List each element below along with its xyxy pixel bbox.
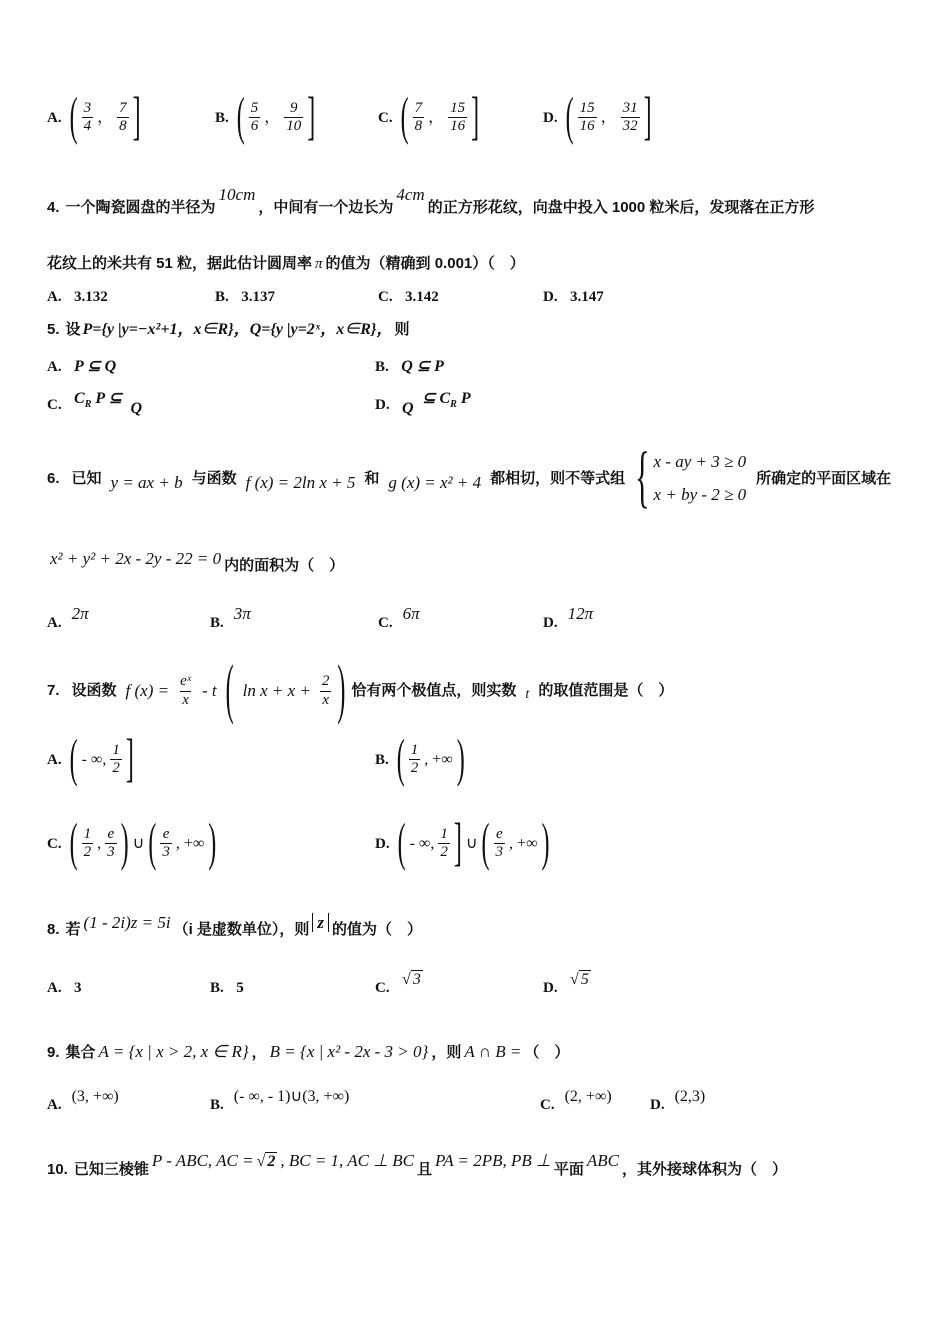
frac-num: 7 xyxy=(117,100,129,117)
union-operator: ∪ xyxy=(466,831,478,857)
q8-options-row: A. 3 B. 5 C. √3 D. √5 xyxy=(0,975,950,1009)
fraction: 12 xyxy=(110,742,122,778)
q4-stem-line1: 4.一个陶瓷圆盘的半径为10cm，中间有一个边长为4cm的正方形花纹，向盘中投入… xyxy=(47,193,927,220)
frac-num: 1 xyxy=(82,826,94,843)
q5-options-row1: A. P ⊆ Q B. Q ⊆ P xyxy=(0,354,950,380)
option-value: ( 12 , +∞ ) xyxy=(397,742,465,778)
option-label: D. xyxy=(543,615,558,631)
q8-option-b: B. 5 xyxy=(210,975,244,1001)
frac-num: 15 xyxy=(578,100,597,117)
q6-option-d: D.12π xyxy=(543,608,596,636)
q7-options-row1: A. ( - ∞, 12 ] B. ( 12 , +∞ ) xyxy=(0,742,950,798)
comma: ， xyxy=(601,105,617,131)
radicand: 5 xyxy=(579,970,591,988)
option-label: A. xyxy=(47,980,62,996)
option-label: B. xyxy=(210,1097,224,1113)
math-fragment: , +∞ xyxy=(509,831,537,857)
option-label: A. xyxy=(47,748,62,772)
text-run: ，其外接球体积为（ ） xyxy=(622,1161,787,1178)
frac-den: 16 xyxy=(578,117,597,135)
math-fragment: , +∞ xyxy=(176,831,204,857)
math-fragment: ⊆ C xyxy=(422,390,450,407)
frac-den: 16 xyxy=(448,117,467,135)
text-run: 平面 xyxy=(554,1161,584,1178)
question-number: 6. xyxy=(47,467,60,491)
math-fragment: PA = 2PB, PB ⊥ xyxy=(435,1151,551,1170)
open-delim: ( xyxy=(237,91,245,144)
q4-option-c: C. 3.142 xyxy=(378,284,439,310)
q5-options-row2: C. CR P ⊆ Q D. Q ⊆ CR P xyxy=(0,392,950,426)
q6-options-row: A.2π B.3π C.6π D.12π xyxy=(0,608,950,640)
open-delim: ( xyxy=(401,91,409,144)
q6-stem-line1: 6. 已知 y = ax + b 与函数 f (x) = 2ln x + 5 和… xyxy=(47,442,891,516)
text-run: 则 xyxy=(394,321,409,338)
frac-den: 3 xyxy=(494,843,506,861)
frac-num: eˣ xyxy=(178,673,193,690)
open-delim: ( xyxy=(70,817,78,870)
fraction: 56 xyxy=(249,100,261,136)
option-label: C. xyxy=(47,397,62,413)
option-value: √5 xyxy=(570,971,591,988)
option-label: C. xyxy=(540,1097,555,1113)
option-value: ( - ∞, 12 ] xyxy=(70,742,134,778)
math-fragment: B = {x | x² - 2x - 3 > 0} xyxy=(270,1042,429,1061)
fraction: 12 xyxy=(82,826,94,862)
interval-value: ( 34 ， 78 ] xyxy=(70,100,141,136)
q3-options-row: A. ( 34 ， 78 ] B. ( 56 ， 910 ] C. ( 7 xyxy=(0,100,950,168)
option-label: C. xyxy=(378,106,393,130)
q7-options-row2: C. ( 12 , e3 ) ∪ ( e3 , +∞ ) D. ( - ∞, 1… xyxy=(0,826,950,886)
open-delim: ( xyxy=(148,817,156,870)
q8-stem: 8.若(1 - 2i)z = 5i（i 是虚数单位），则z的值为（ ） xyxy=(47,915,927,942)
q7-option-c: C. ( 12 , e3 ) ∪ ( e3 , +∞ ) xyxy=(47,826,216,862)
option-value: 3 xyxy=(74,980,82,996)
option-value: (- ∞, - 1)∪(3, +∞) xyxy=(234,1088,350,1105)
radicand: 2 xyxy=(265,1152,277,1170)
math-fragment: P={y |y=−x²+1，x∈R}，Q={y |y=2ˣ，x∈R}， xyxy=(83,321,393,338)
text-run: 且 xyxy=(417,1161,432,1178)
text-run: ，中间有一个边长为 xyxy=(258,199,393,216)
option-value: 3.132 xyxy=(74,289,108,305)
option-value: 3.147 xyxy=(570,289,604,305)
q4-stem-line2: 花纹上的米共有 51 粒，据此估计圆周率π的值为（精确到 0.001）（ ） xyxy=(47,252,927,276)
fraction: 78 xyxy=(413,100,425,136)
option-value: ( - ∞, 12 ] ∪ ( e3 , +∞ ) xyxy=(398,826,550,862)
fraction: 78 xyxy=(117,100,129,136)
close-delim: ] xyxy=(471,91,479,144)
close-delim: ] xyxy=(644,91,652,144)
text-run: 的正方形花纹，向盘中投入 1000 粒米后，发现落在正方形 xyxy=(428,199,815,216)
option-label: B. xyxy=(210,980,224,996)
math-fragment: t xyxy=(525,684,529,706)
q7-option-b: B. ( 12 , +∞ ) xyxy=(375,742,465,778)
union-operator: ∪ xyxy=(133,831,145,857)
math-fragment: g (x) = x² + 4 xyxy=(388,469,481,496)
frac-den: x xyxy=(180,691,191,709)
frac-den: 3 xyxy=(160,843,172,861)
frac-num: e xyxy=(161,826,172,843)
math-fragment: (1 - 2i)z = 5i xyxy=(84,913,171,932)
option-label: B. xyxy=(210,615,224,631)
comma: ， xyxy=(428,105,444,131)
option-value: 3.142 xyxy=(405,289,439,305)
radicand: 3 xyxy=(411,970,423,988)
text-run: 都相切，则不等式组 xyxy=(490,467,625,491)
absolute-value: z xyxy=(312,913,329,932)
interval-value: ( 1516 ， 3132 ] xyxy=(566,100,652,136)
question-number: 8. xyxy=(47,921,60,938)
option-value: √3 xyxy=(402,971,423,988)
fraction: e3 xyxy=(160,826,172,862)
option-value: (3, +∞) xyxy=(72,1088,119,1105)
frac-num: 31 xyxy=(621,100,640,117)
math-fragment: - ∞, xyxy=(410,831,435,857)
q9-option-a: A.(3, +∞) xyxy=(47,1092,119,1118)
frac-num: 1 xyxy=(438,826,450,843)
close-delim: ) xyxy=(121,817,129,870)
frac-den: 2 xyxy=(409,759,421,777)
text-run: 的值为（ ） xyxy=(332,921,422,938)
math-fragment: , BC = 1, AC ⊥ BC xyxy=(280,1151,414,1170)
math-fragment: , +∞ xyxy=(424,747,452,773)
frac-num: 3 xyxy=(82,100,94,117)
text-run: ， xyxy=(252,1044,267,1061)
q6-option-c: C.6π xyxy=(378,608,423,636)
math-fragment: P - ABC, AC = xyxy=(152,1151,254,1170)
math-fragment: x² + y² + 2x - 2y - 22 = 0 xyxy=(50,549,221,568)
close-delim: ) xyxy=(457,733,465,786)
fraction: e3 xyxy=(105,826,117,862)
option-value: ( 12 , e3 ) ∪ ( e3 , +∞ ) xyxy=(70,826,217,862)
frac-den: 8 xyxy=(413,117,425,135)
option-value: (2, +∞) xyxy=(565,1088,612,1105)
fraction: 1516 xyxy=(448,100,467,136)
frac-num: 15 xyxy=(448,100,467,117)
q5-option-b: B. Q ⊆ P xyxy=(375,354,446,380)
fraction: eˣx xyxy=(178,673,193,709)
open-delim: ( xyxy=(70,733,78,786)
math-fragment: f (x) = 2ln x + 5 xyxy=(246,469,356,496)
q5-option-d: D. Q ⊆ CR P xyxy=(375,392,473,419)
q5-option-a: A. P ⊆ Q xyxy=(47,354,118,380)
option-label: B. xyxy=(375,359,389,375)
option-value: 3π xyxy=(234,604,251,623)
comma: , xyxy=(97,831,101,857)
q3-option-c: C. ( 78 ， 1516 ] xyxy=(378,100,479,136)
option-label: B. xyxy=(375,748,389,772)
frac-den: 10 xyxy=(284,117,303,135)
math-fragment: P xyxy=(461,390,471,407)
q7-option-d: D. ( - ∞, 12 ] ∪ ( e3 , +∞ ) xyxy=(375,826,549,862)
option-label: D. xyxy=(543,980,558,996)
option-label: A. xyxy=(47,106,62,130)
q9-option-b: B.(- ∞, - 1)∪(3, +∞) xyxy=(210,1092,349,1118)
math-fragment: y = ax + b xyxy=(111,469,183,496)
text-run: 的值为（精确到 0.001）（ ） xyxy=(326,255,525,272)
text-run: 和 xyxy=(364,467,379,491)
frac-den: 4 xyxy=(82,117,94,135)
text-run: ，则 xyxy=(431,1044,461,1061)
option-value: 3.137 xyxy=(241,289,275,305)
option-value: 5 xyxy=(236,980,244,996)
subscript: R xyxy=(450,399,457,410)
q3-option-a: A. ( 34 ， 78 ] xyxy=(47,100,141,136)
q3-option-d: D. ( 1516 ， 3132 ] xyxy=(543,100,652,136)
text-run: 与函数 xyxy=(192,467,237,491)
q4-option-d: D. 3.147 xyxy=(543,284,604,310)
close-delim: ) xyxy=(337,657,345,724)
frac-den: 2 xyxy=(110,759,122,777)
text-run: 内的面积为（ ） xyxy=(224,557,344,574)
question-number: 10. xyxy=(47,1161,68,1178)
sqrt-expression: √2 xyxy=(257,1153,278,1170)
open-delim: ( xyxy=(566,91,574,144)
q4-options-row: A. 3.132 B. 3.137 C. 3.142 D. 3.147 xyxy=(0,284,950,308)
close-delim: ) xyxy=(208,817,216,870)
text-run: 设 xyxy=(66,321,81,338)
frac-den: 2 xyxy=(82,843,94,861)
comma: ， xyxy=(97,105,113,131)
case-line: x - ay + 3 ≥ 0 xyxy=(654,453,747,472)
option-value: ⊆ CR P xyxy=(422,390,471,407)
q6-stem-line2: x² + y² + 2x - 2y - 22 = 0内的面积为（ ） xyxy=(47,545,927,573)
sqrt-radical-sign: √ xyxy=(402,971,411,988)
option-label: D. xyxy=(375,832,390,856)
question-number: 5. xyxy=(47,321,60,338)
q8-option-c: C. √3 xyxy=(375,975,423,1001)
open-delim: ( xyxy=(398,817,406,870)
q4-option-a: A. 3.132 xyxy=(47,284,108,310)
frac-num: 5 xyxy=(249,100,261,117)
option-label: A. xyxy=(47,615,62,631)
interval-value: ( 56 ， 910 ] xyxy=(237,100,316,136)
text-run: 花纹上的米共有 51 粒，据此估计圆周率 xyxy=(47,255,312,272)
open-delim: ( xyxy=(70,91,78,144)
math-fragment: ln x + x + xyxy=(243,677,311,704)
sqrt-radical-sign: √ xyxy=(570,971,579,988)
option-value: 2π xyxy=(72,604,89,623)
option-value: 12π xyxy=(568,604,594,623)
option-value: Q ⊆ P xyxy=(401,358,444,375)
fraction: 2x xyxy=(320,673,332,709)
frac-den: 2 xyxy=(438,843,450,861)
q9-option-d: D.(2,3) xyxy=(650,1092,705,1118)
option-label: C. xyxy=(378,289,393,305)
option-label: B. xyxy=(215,289,229,305)
close-delim: ) xyxy=(541,817,549,870)
close-delim: ] xyxy=(126,733,134,786)
text-run: （ ） xyxy=(524,1044,569,1061)
open-delim: ( xyxy=(226,657,234,724)
math-fragment: - ∞, xyxy=(82,747,107,773)
text-run: 恰有两个极值点，则实数 xyxy=(351,679,516,703)
math-fragment: - t xyxy=(202,677,217,704)
math-fragment: A ∩ B = xyxy=(464,1042,521,1061)
frac-den: 3 xyxy=(105,843,117,861)
math-fragment: 4cm xyxy=(396,185,424,204)
frac-den: x xyxy=(320,691,331,709)
open-delim: ( xyxy=(397,733,405,786)
frac-den: 6 xyxy=(249,117,261,135)
option-label: D. xyxy=(375,397,390,413)
exam-page: A. ( 34 ， 78 ] B. ( 56 ， 910 ] C. ( 7 xyxy=(0,0,950,1344)
case-line: x + by - 2 ≥ 0 xyxy=(654,486,747,505)
q5-stem: 5.设P={y |y=−x²+1，x∈R}，Q={y |y=2ˣ，x∈R}，则 xyxy=(47,317,927,343)
math-fragment: Q xyxy=(402,400,414,417)
text-run: 若 xyxy=(66,921,81,938)
frac-num: 7 xyxy=(413,100,425,117)
open-delim: ( xyxy=(482,817,490,870)
q9-options-row: A.(3, +∞) B.(- ∞, - 1)∪(3, +∞) C.(2, +∞)… xyxy=(0,1092,950,1124)
option-label: D. xyxy=(650,1097,665,1113)
math-fragment: Q xyxy=(130,400,142,417)
option-label: A. xyxy=(47,1097,62,1113)
option-label: D. xyxy=(543,289,558,305)
case-lines: x - ay + 3 ≥ 0 x + by - 2 ≥ 0 xyxy=(654,453,747,504)
fraction: 1516 xyxy=(578,100,597,136)
text-run: （i 是虚数单位），则 xyxy=(174,921,310,938)
q4-option-b: B. 3.137 xyxy=(215,284,275,310)
option-label: C. xyxy=(375,980,390,996)
interval-value: ( 78 ， 1516 ] xyxy=(401,100,480,136)
fraction: 12 xyxy=(438,826,450,862)
frac-den: 8 xyxy=(117,117,129,135)
text-run: 已知 xyxy=(72,467,102,491)
question-number: 7. xyxy=(47,679,60,703)
option-label: C. xyxy=(47,832,62,856)
math-fragment: A = {x | x > 2, x ∈ R} xyxy=(99,1042,249,1061)
q9-option-c: C.(2, +∞) xyxy=(540,1092,612,1118)
close-delim: ] xyxy=(454,817,462,870)
fraction: e3 xyxy=(494,826,506,862)
option-label: D. xyxy=(543,106,558,130)
math-fragment: f (x) = xyxy=(126,677,170,704)
frac-den: 32 xyxy=(621,117,640,135)
text-run: 的取值范围是（ ） xyxy=(538,679,673,703)
option-label: C. xyxy=(378,615,393,631)
frac-num: e xyxy=(494,826,505,843)
inequality-system: { x - ay + 3 ≥ 0 x + by - 2 ≥ 0 xyxy=(635,453,746,504)
q7-stem: 7. 设函数 f (x) = eˣx - t ( ln x + x + 2x )… xyxy=(47,656,673,726)
comma: ， xyxy=(264,105,280,131)
text-run: 已知三棱锥 xyxy=(74,1161,149,1178)
option-value: 6π xyxy=(403,604,420,623)
option-label: A. xyxy=(47,289,62,305)
q3-option-b: B. ( 56 ， 910 ] xyxy=(215,100,315,136)
math-fragment: P ⊆ xyxy=(95,390,122,407)
math-fragment: π xyxy=(315,256,323,272)
text-run: 设函数 xyxy=(72,679,117,703)
frac-num: 9 xyxy=(288,100,300,117)
option-value: (2,3) xyxy=(675,1088,706,1105)
text-run: 所确定的平面区域在 xyxy=(756,467,891,491)
brace-delim: { xyxy=(635,445,649,514)
text-run: 集合 xyxy=(66,1044,96,1061)
question-number: 4. xyxy=(47,199,60,216)
q6-option-b: B.3π xyxy=(210,608,254,636)
q6-option-a: A.2π xyxy=(47,608,92,636)
frac-num: e xyxy=(106,826,117,843)
q10-stem: 10.已知三棱锥P - ABC, AC =√2, BC = 1, AC ⊥ BC… xyxy=(47,1155,927,1183)
text-run: 一个陶瓷圆盘的半径为 xyxy=(66,199,216,216)
math-fragment: 10cm xyxy=(219,185,256,204)
fraction: 12 xyxy=(409,742,421,778)
q5-option-c: C. CR P ⊆ Q xyxy=(47,392,144,419)
math-fragment: ABC xyxy=(587,1151,619,1170)
option-label: B. xyxy=(215,106,229,130)
option-value: P ⊆ Q xyxy=(74,358,116,375)
close-delim: ] xyxy=(133,91,141,144)
math-fragment: C xyxy=(74,390,85,407)
option-value: CR P ⊆ xyxy=(74,390,122,407)
frac-num: 1 xyxy=(409,742,421,759)
fraction: 34 xyxy=(82,100,94,136)
subscript: R xyxy=(85,399,92,410)
q8-option-d: D. √5 xyxy=(543,975,591,1001)
q7-option-a: A. ( - ∞, 12 ] xyxy=(47,742,134,778)
frac-num: 2 xyxy=(320,673,332,690)
close-delim: ] xyxy=(307,91,315,144)
q8-option-a: A. 3 xyxy=(47,975,82,1001)
question-number: 9. xyxy=(47,1044,60,1061)
option-label: A. xyxy=(47,359,62,375)
frac-num: 1 xyxy=(110,742,122,759)
q9-stem: 9.集合A = {x | x > 2, x ∈ R}，B = {x | x² -… xyxy=(47,1038,927,1066)
fraction: 910 xyxy=(284,100,303,136)
fraction: 3132 xyxy=(621,100,640,136)
